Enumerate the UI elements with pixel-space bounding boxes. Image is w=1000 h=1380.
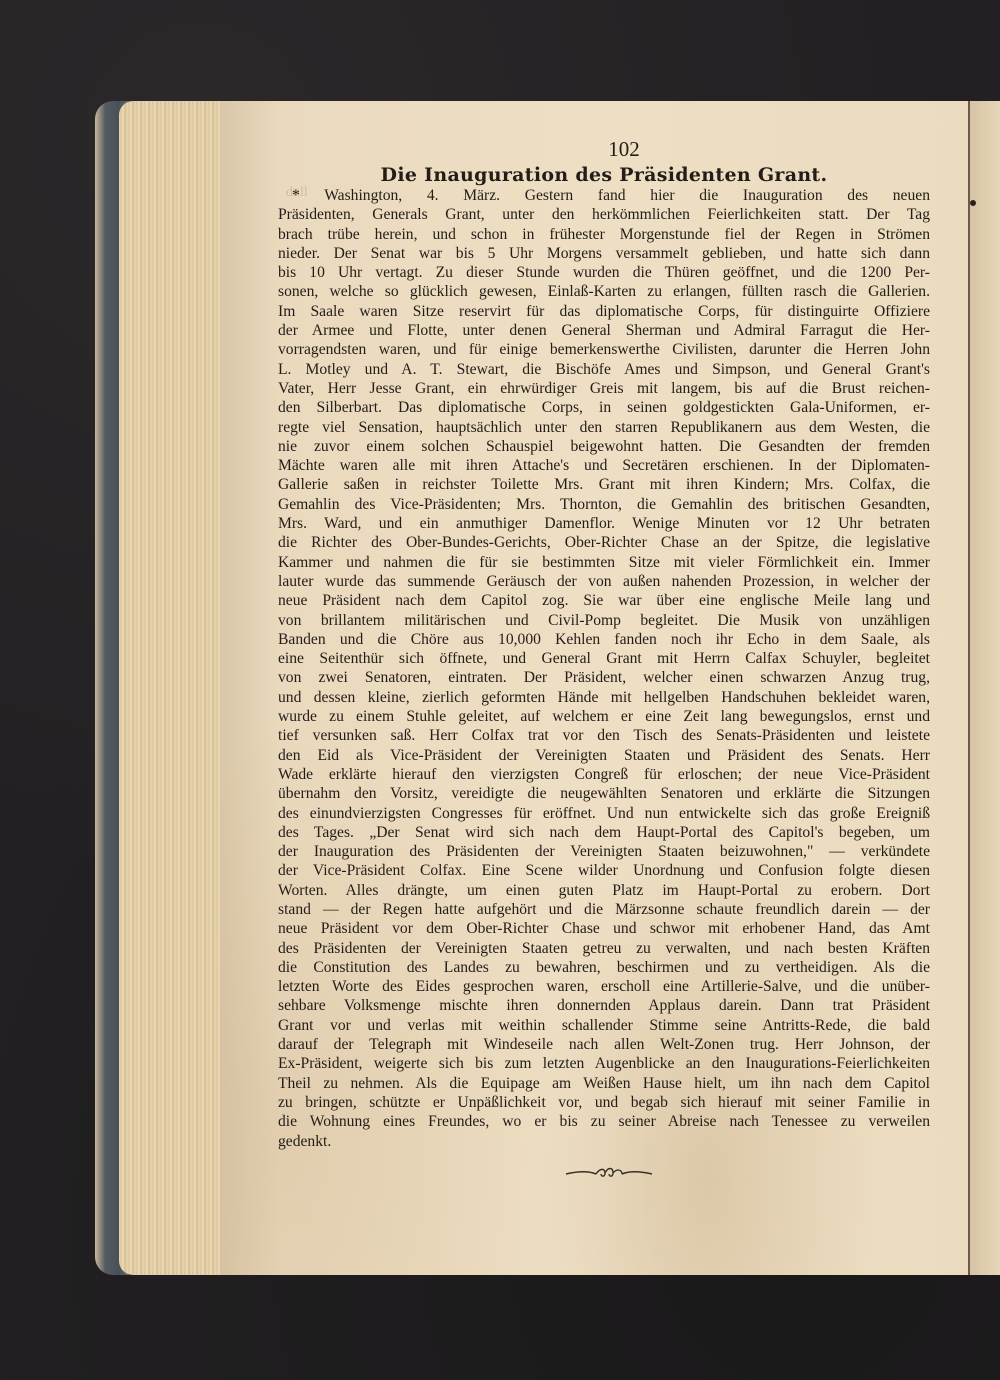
text-line: den Eid als Vice-Präsident der Vereinigt…: [278, 746, 930, 765]
text-line: Gallerie saßen in reichster Toilette Mrs…: [278, 475, 930, 494]
text-line: der Armee und Flotte, unter denen Genera…: [278, 321, 930, 340]
text-line: nie zuvor einem solchen Schauspiel beige…: [278, 437, 930, 456]
text-line: Theil zu nehmen. Als die Equipage am Wei…: [278, 1074, 930, 1093]
binding-thread-mark: [970, 200, 976, 206]
text-line: von brillantem militärischen und Civil-P…: [278, 611, 930, 630]
text-line: den Silberbart. Das diplomatische Corps,…: [278, 398, 930, 417]
text-line: sonen, welche so glücklich gewesen, Einl…: [278, 282, 930, 301]
text-line: Mrs. Ward, und ein anmuthiger Damenflor.…: [278, 514, 930, 533]
text-line: eine Seitenthür sich öffnete, und Genera…: [278, 649, 930, 668]
text-line: Präsidenten, Generals Grant, unter den h…: [278, 205, 930, 224]
text-line: Wade erklärte hierauf den vierzigsten Co…: [278, 765, 930, 784]
text-line: brach trübe herein, und schon in frühest…: [278, 225, 930, 244]
text-line: die Constitution des Landes zu bewahren,…: [278, 958, 930, 977]
text-line: Gemahlin des Vice-Präsidenten; Mrs. Thor…: [278, 495, 930, 514]
text-line: nieder. Der Senat war bis 5 Uhr Morgens …: [278, 244, 930, 263]
text-line: und dessen kleine, zierlich geformten Hä…: [278, 688, 930, 707]
text-line: regte viel Sensation, hauptsächlich unte…: [278, 418, 930, 437]
article-title: Die Inauguration des Präsidenten Grant.: [278, 164, 930, 186]
text-line: der Inauguration des Präsidenten der Ver…: [278, 842, 930, 861]
text-line: L. Motley und A. T. Stewart, die Bischöf…: [278, 360, 930, 379]
text-line: Ex-Präsident, weigerte sich bis zum letz…: [278, 1054, 930, 1073]
text-line: vorragendsten waren, und für einige beme…: [278, 340, 930, 359]
text-line: des einundvierzigsten Congresses für erö…: [278, 804, 930, 823]
page-content: 102 Die Inauguration des Präsidenten Gra…: [278, 136, 930, 1151]
text-line: Worten. Alles drängte, um einen guten Pl…: [278, 881, 930, 900]
facing-page-edge: [970, 101, 1000, 1275]
text-line: die Wohnung eines Freundes, wo er bis zu…: [278, 1112, 930, 1131]
text-line: sehbare Volksmenge mischte ihren donnern…: [278, 996, 930, 1015]
text-line: des Präsidenten der Vereinigten Staaten …: [278, 939, 930, 958]
text-line: Kammer und nahmen die für sie bestimmten…: [278, 553, 930, 572]
text-line: wurde zu einem Stuhle geleitet, auf welc…: [278, 707, 930, 726]
text-line: Banden und die Chöre aus 10,000 Kehlen f…: [278, 630, 930, 649]
page-number: 102: [278, 136, 930, 162]
text-line: Grant vor und verlas mit weithin schalle…: [278, 1016, 930, 1035]
text-line: neue Präsident vor dem Ober-Richter Chas…: [278, 919, 930, 938]
ornament-divider-icon: [564, 1166, 654, 1180]
text-line: neue Präsident nach dem Capitol zog. Sie…: [278, 591, 930, 610]
text-line: * Washington, 4. März. Gestern fand hier…: [278, 186, 930, 205]
text-line: stand — der Regen hatte aufgehört und di…: [278, 900, 930, 919]
text-line: Vater, Herr Jesse Grant, ein ehrwürdiger…: [278, 379, 930, 398]
text-line: darauf der Telegraph mit Windeseile nach…: [278, 1035, 930, 1054]
text-line: Mächte waren alle mit ihren Attache's un…: [278, 456, 930, 475]
text-line: des Tages. „Der Senat wird sich nach dem…: [278, 823, 930, 842]
text-line: die Richter des Ober-Bundes-Gerichts, Ob…: [278, 533, 930, 552]
article-body: * Washington, 4. März. Gestern fand hier…: [278, 186, 930, 1151]
text-line: gedenkt.: [278, 1132, 930, 1151]
text-line: der Vice-Präsident Colfax. Eine Scene wi…: [278, 861, 930, 880]
text-line: tief versunken saß. Herr Colfax trat vor…: [278, 726, 930, 745]
text-line: übernahm den Vorsitz, vereidigte die neu…: [278, 784, 930, 803]
text-line: letzten Worte des Eides gesprochen waren…: [278, 977, 930, 996]
text-line: zu bringen, schützte er Unpäßlichkeit vo…: [278, 1093, 930, 1112]
text-line: bis 10 Uhr vertagt. Zu dieser Stunde wur…: [278, 263, 930, 282]
page-stack-edge: [119, 101, 235, 1275]
text-line: lauter wurde das summende Geräusch der v…: [278, 572, 930, 591]
text-line: von zwei Senatoren, eintraten. Der Präsi…: [278, 668, 930, 687]
text-line: Im Saale waren Sitze reservirt für das d…: [278, 302, 930, 321]
